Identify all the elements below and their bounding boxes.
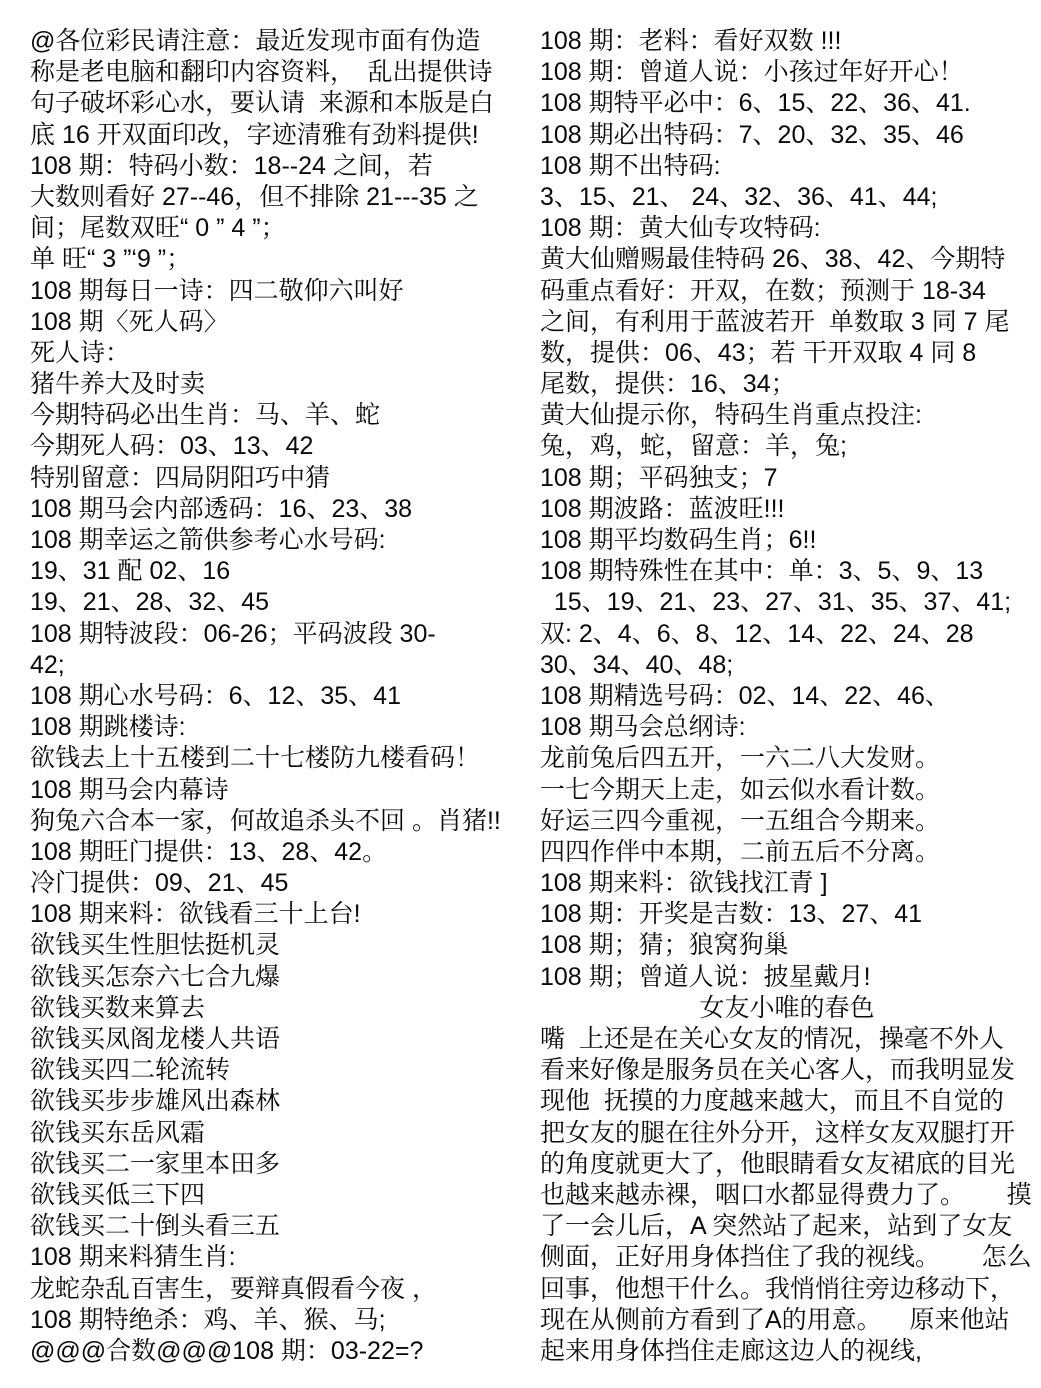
text-line: 龙蛇杂乱百害生，要辩真假看今夜 ， bbox=[30, 1274, 524, 1305]
text-line: 欲钱买二十倒头看三五 bbox=[30, 1211, 524, 1242]
text-line: 108 期；猜；狼窝狗巢 bbox=[540, 930, 1034, 961]
right-text-column: 108 期：老料：看好双数 !!!108 期：曾道人说：小孩过年好开心！108 … bbox=[540, 26, 1034, 1367]
text-line: 欲钱买数来算去 bbox=[30, 993, 524, 1024]
text-line: 108 期：开奖是吉数：13、27、41 bbox=[540, 899, 1034, 930]
text-line: 108 期马会总纲诗: bbox=[540, 712, 1034, 743]
text-line: 特别留意：四局阴阳巧中猜 bbox=[30, 463, 524, 494]
text-line: 狗兔六合本一家，何故追杀头不回 。肖猪!! bbox=[30, 806, 524, 837]
text-line: 108 期幸运之箭供参考心水号码: bbox=[30, 525, 524, 556]
text-line: 108 期〈死人码〉 bbox=[30, 307, 524, 338]
text-line: 108 期；平码独支；7 bbox=[540, 463, 1034, 494]
text-line: 108 期：特码小数：18--24 之间，若 bbox=[30, 151, 524, 182]
text-line: 双: 2、4、6、8、12、14、22、24、28 bbox=[540, 619, 1034, 650]
text-line: 30、34、40、48; bbox=[540, 650, 1034, 681]
text-line: 的角度就更大了，他眼睛看女友裙底的目光 bbox=[540, 1149, 1034, 1180]
text-line: 108 期特波段：06-26；平码波段 30- bbox=[30, 619, 524, 650]
text-line: 108 期跳楼诗: bbox=[30, 712, 524, 743]
text-line: 四四作伴中本期，二前五后不分离。 bbox=[540, 837, 1034, 868]
text-line: 间；尾数双旺“ 0 ” 4 ”； bbox=[30, 213, 524, 244]
text-line: 3、15、21、 24、32、36、41、44; bbox=[540, 182, 1034, 213]
text-line: 龙前兔后四五开，一六二八大发财。 bbox=[540, 743, 1034, 774]
text-line: 108 期旺门提供：13、28、42。 bbox=[30, 837, 524, 868]
text-line: 108 期：老料：看好双数 !!! bbox=[540, 26, 1034, 57]
text-line: 108 期；曾道人说：披星戴月! bbox=[540, 962, 1034, 993]
text-line: 一七今期天上走，如云似水看计数。 bbox=[540, 775, 1034, 806]
text-line: 108 期来料猜生肖: bbox=[30, 1242, 524, 1273]
text-line: @@@合数@@@108 期：03-22=? bbox=[30, 1336, 524, 1367]
text-line: 回事，他想干什么。我悄悄往旁边移动下， bbox=[540, 1274, 1034, 1305]
text-line: 也越来越赤裸，咽口水都显得费力了。 摸 bbox=[540, 1180, 1034, 1211]
text-line: 欲钱买生性胆怯挺机灵 bbox=[30, 930, 524, 961]
text-line: 19、21、28、32、45 bbox=[30, 587, 524, 618]
text-line: 把女友的腿在往外分开，这样女友双腿打开 bbox=[540, 1118, 1034, 1149]
text-line: 码重点看好：开双，在数；预测于 18-34 bbox=[540, 276, 1034, 307]
text-line: 欲钱买怎奈六七合九爆 bbox=[30, 962, 524, 993]
text-line: 底 16 开双面印改，字迹清雅有劲料提供! bbox=[30, 120, 524, 151]
text-line: 大数则看好 27--46，但不排除 21---35 之 bbox=[30, 182, 524, 213]
text-line: 今期死人码：03、13、42 bbox=[30, 431, 524, 462]
text-line: 108 期特平必中：6、15、22、36、41. bbox=[540, 88, 1034, 119]
left-text-column: @各位彩民请注意：最近发现市面有伪造称是老电脑和翻印内容资料， 乱出提供诗句子破… bbox=[30, 26, 524, 1367]
text-line: 看来好像是服务员在关心客人，而我明显发 bbox=[540, 1055, 1034, 1086]
text-line: 好运三四今重视，一五组合今期来。 bbox=[540, 806, 1034, 837]
text-line: 108 期马会内幕诗 bbox=[30, 775, 524, 806]
text-line: 黄大仙提示你，特码生肖重点投注: bbox=[540, 400, 1034, 431]
text-line: @各位彩民请注意：最近发现市面有伪造 bbox=[30, 26, 524, 57]
text-line: 108 期每日一诗：四二敬仰六叫好 bbox=[30, 276, 524, 307]
text-line: 猪牛养大及时卖 bbox=[30, 369, 524, 400]
document-page: @各位彩民请注意：最近发现市面有伪造称是老电脑和翻印内容资料， 乱出提供诗句子破… bbox=[0, 0, 1041, 1388]
text-line: 嘴 上还是在关心女友的情况，操毫不外人 bbox=[540, 1024, 1034, 1055]
text-line: 19、31 配 02、16 bbox=[30, 556, 524, 587]
text-line: 现在从侧前方看到了A的用意。 原来他站 bbox=[540, 1305, 1034, 1336]
text-line: 称是老电脑和翻印内容资料， 乱出提供诗 bbox=[30, 57, 524, 88]
text-line: 108 期精选号码：02、14、22、46、 bbox=[540, 681, 1034, 712]
text-line: 句子破坏彩心水，要认请 来源和本版是白 bbox=[30, 88, 524, 119]
text-line: 108 期：曾道人说：小孩过年好开心！ bbox=[540, 57, 1034, 88]
text-line: 欲钱买步步雄风出森林 bbox=[30, 1086, 524, 1117]
text-line: 冷门提供：09、21、45 bbox=[30, 868, 524, 899]
text-line: 现他 抚摸的力度越来越大，而且不自觉的 bbox=[540, 1086, 1034, 1117]
text-line: 108 期不出特码: bbox=[540, 151, 1034, 182]
text-line: 欲钱买二一家里本田多 bbox=[30, 1149, 524, 1180]
text-line: 死人诗： bbox=[30, 338, 524, 369]
text-line: 108 期来料：欲钱看三十上台! bbox=[30, 899, 524, 930]
text-line: 108 期平均数码生肖；6!! bbox=[540, 525, 1034, 556]
text-line: 欲钱去上十五楼到二十七楼防九楼看码！ bbox=[30, 743, 524, 774]
text-line: 欲钱买低三下四 bbox=[30, 1180, 524, 1211]
text-line: 15、19、21、23、27、31、35、37、41; bbox=[540, 587, 1034, 618]
text-line: 单 旺“ 3 ”‘9 ”； bbox=[30, 244, 524, 275]
text-line: 今期特码必出生肖：马、羊、蛇 bbox=[30, 400, 524, 431]
text-line: 黄大仙赠赐最佳特码 26、38、42、今期特 bbox=[540, 244, 1034, 275]
text-line: 108 期必出特码：7、20、32、35、46 bbox=[540, 120, 1034, 151]
text-line: 108 期波路：蓝波旺!!! bbox=[540, 494, 1034, 525]
text-line: 尾数，提供：16、34； bbox=[540, 369, 1034, 400]
text-line: 侧面，正好用身体挡住了我的视线。 怎么 bbox=[540, 1242, 1034, 1273]
text-line: 了一会儿后，A 突然站了起来，站到了女友 bbox=[540, 1211, 1034, 1242]
text-line: 起来用身体挡住走廊这边人的视线, bbox=[540, 1336, 1034, 1367]
text-line: 兔，鸡，蛇，留意：羊，兔; bbox=[540, 431, 1034, 462]
text-line: 108 期：黄大仙专攻特码: bbox=[540, 213, 1034, 244]
text-line: 108 期来料：欲钱找江青 ] bbox=[540, 868, 1034, 899]
text-line: 欲钱买凤阁龙楼人共语 bbox=[30, 1024, 524, 1055]
text-line: 108 期心水号码：6、12、35、41 bbox=[30, 681, 524, 712]
text-line: 42; bbox=[30, 650, 524, 681]
text-line: 108 期马会内部透码：16、23、38 bbox=[30, 494, 524, 525]
text-line: 欲钱买东岳风霜 bbox=[30, 1118, 524, 1149]
text-line: 女友小唯的春色 bbox=[540, 993, 1034, 1024]
text-line: 108 期特绝杀：鸡、羊、猴、马; bbox=[30, 1305, 524, 1336]
text-line: 108 期特殊性在其中：单：3、5、9、13 bbox=[540, 556, 1034, 587]
text-line: 之间，有利用于蓝波若开 单数取 3 同 7 尾 bbox=[540, 307, 1034, 338]
text-line: 数，提供：06、43；若 干开双取 4 同 8 bbox=[540, 338, 1034, 369]
text-line: 欲钱买四二轮流转 bbox=[30, 1055, 524, 1086]
